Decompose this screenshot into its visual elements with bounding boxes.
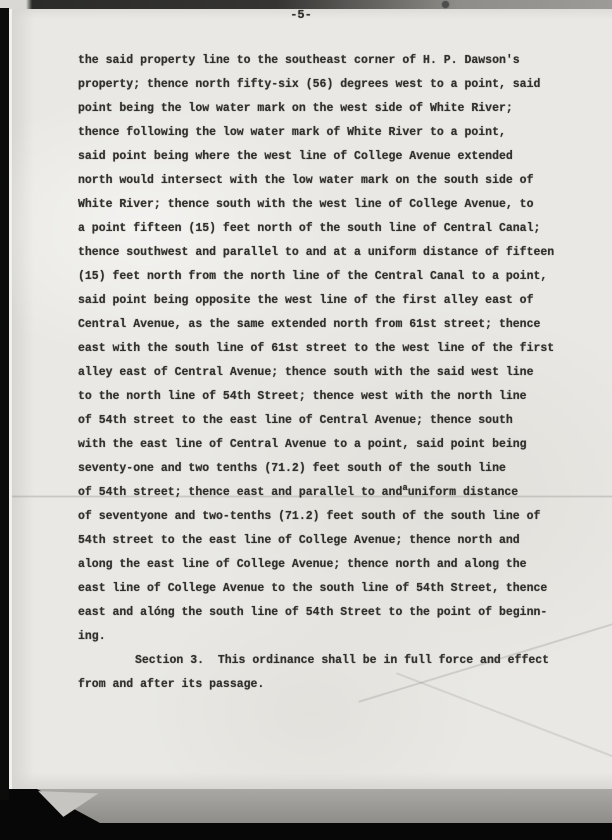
document-page: -5- the said property line to the southe… [12,9,612,789]
page-number: -5- [12,9,590,22]
typed-line: point being the low water mark on the we… [78,97,583,121]
typed-line: north would intersect with the low water… [78,169,583,193]
ink-dot [442,1,449,8]
typed-line: a point fifteen (15) feet north of the s… [78,217,583,241]
typed-line: property; thence north fifty-six (56) de… [78,73,583,97]
typed-line: Section 3. This ordinance shall be in fu… [78,649,583,673]
typed-line: with the east line of Central Avenue to … [78,433,583,457]
document-body: the said property line to the southeast … [78,49,583,697]
typed-line: along the east line of College Avenue; t… [78,553,583,577]
typed-line: to the north line of 54th Street; thence… [78,385,583,409]
typed-line: from and after its passage. [78,673,583,697]
typed-line: of seventyone and two-tenths (71.2) feet… [78,505,583,529]
typed-line: White River; thence south with the west … [78,193,583,217]
typed-line-segment: uniform distance [408,486,518,499]
typed-line: the said property line to the southeast … [78,49,583,73]
typed-line: said point being opposite the west line … [78,289,583,313]
superscript-insertion: a [402,483,407,493]
typed-line: thence southwest and parallel to and at … [78,241,583,265]
typed-line: 54th street to the east line of College … [78,529,583,553]
typed-line: east line of College Avenue to the south… [78,577,583,601]
typed-line: said point being where the west line of … [78,145,583,169]
typed-line: ing. [78,625,583,649]
typed-line: Central Avenue, as the same extended nor… [78,313,583,337]
typed-line-with-insertion: of 54th street; thence east and parallel… [78,481,583,505]
typed-line: of 54th street to the east line of Centr… [78,409,583,433]
typed-line: seventy-one and two tenths (71.2) feet s… [78,457,583,481]
typed-line-segment: of 54th street; thence east and parallel… [78,486,402,499]
typed-line: east with the south line of 61st street … [78,337,583,361]
scan-left-edge [0,8,9,800]
scanned-page: -5- the said property line to the southe… [0,0,612,840]
typed-line: thence following the low water mark of W… [78,121,583,145]
typed-line: (15) feet north from the north line of t… [78,265,583,289]
typed-line: alley east of Central Avenue; thence sou… [78,361,583,385]
section-3-paragraph: Section 3. This ordinance shall be in fu… [78,649,583,697]
typed-line: east and alóng the south line of 54th St… [78,601,583,625]
